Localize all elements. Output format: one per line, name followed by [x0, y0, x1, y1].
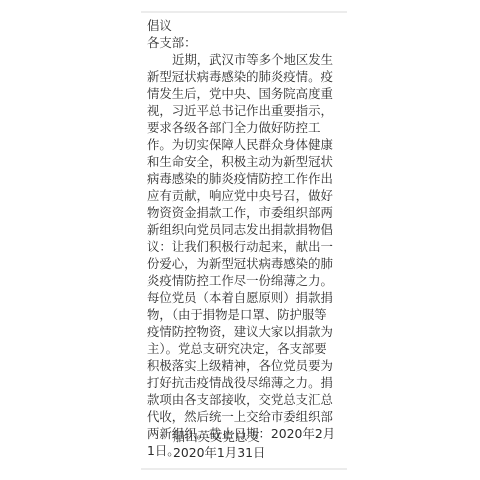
body-line: 主）。党总支研究决定，各支部要 [147, 340, 337, 357]
body-line: 份爱心，为新型冠状病毒感染的肺 [147, 255, 337, 272]
body-line: 打好抗击疫情战役尽绵薄之力。捐 [147, 374, 337, 391]
body-line: 近期，武汉市等多个地区发生 [147, 51, 337, 68]
body-line: 炎疫情防控工作尽一份绵薄之力。 [147, 272, 337, 289]
salutation: 各支部： [147, 34, 337, 51]
body-line: 议：让我们积极行动起来，献出一 [147, 238, 337, 255]
body-line: 病毒感染的肺炎疫情防控工作作出 [147, 170, 337, 187]
body-line: 应有贡献，响应党中央号召，做好 [147, 187, 337, 204]
body-line: 款项由各支部接收，交党总支汇总 [147, 391, 337, 408]
body-line: 疫情防控物资，建议大家以捐款为 [147, 323, 337, 340]
body-line: 要求各级各部门全力做好防控工 [147, 119, 337, 136]
body-line: 积极落实上级精神，各位党员要为 [147, 357, 337, 374]
body-line: 视，习近平总书记作出重要指示， [147, 102, 337, 119]
signature-block: 船山英文党总支 2020年1月31日 [173, 429, 265, 461]
body-line: 物资资金捐款工作，市委组织部两 [147, 204, 337, 221]
body-line: 每位党员（本着自愿原则）捐款捐 [147, 289, 337, 306]
document-title: 倡议 [147, 17, 337, 34]
bottom-divider [141, 468, 347, 470]
signature-organization: 船山英文党总支 [173, 429, 265, 445]
body-line: 物，（由于捐物是口罩、防护服等 [147, 306, 337, 323]
body-line: 代收，然后统一上交给市委组织部 [147, 408, 337, 425]
top-divider [141, 11, 347, 13]
body-line: 作。为切实保障人民群众身体健康 [147, 136, 337, 153]
body-line: 和生命安全，积极主动为新型冠状 [147, 153, 337, 170]
signature-date: 2020年1月31日 [173, 445, 265, 461]
body-line: 新型冠状病毒感染的肺炎疫情。疫 [147, 68, 337, 85]
document-page: 倡议 各支部： 近期，武汉市等多个地区发生 新型冠状病毒感染的肺炎疫情。疫 情发… [0, 0, 480, 480]
document-body: 倡议 各支部： 近期，武汉市等多个地区发生 新型冠状病毒感染的肺炎疫情。疫 情发… [147, 17, 337, 459]
body-line: 新组织向党员同志发出捐款捐物倡 [147, 221, 337, 238]
body-line: 情发生后，党中央、国务院高度重 [147, 85, 337, 102]
